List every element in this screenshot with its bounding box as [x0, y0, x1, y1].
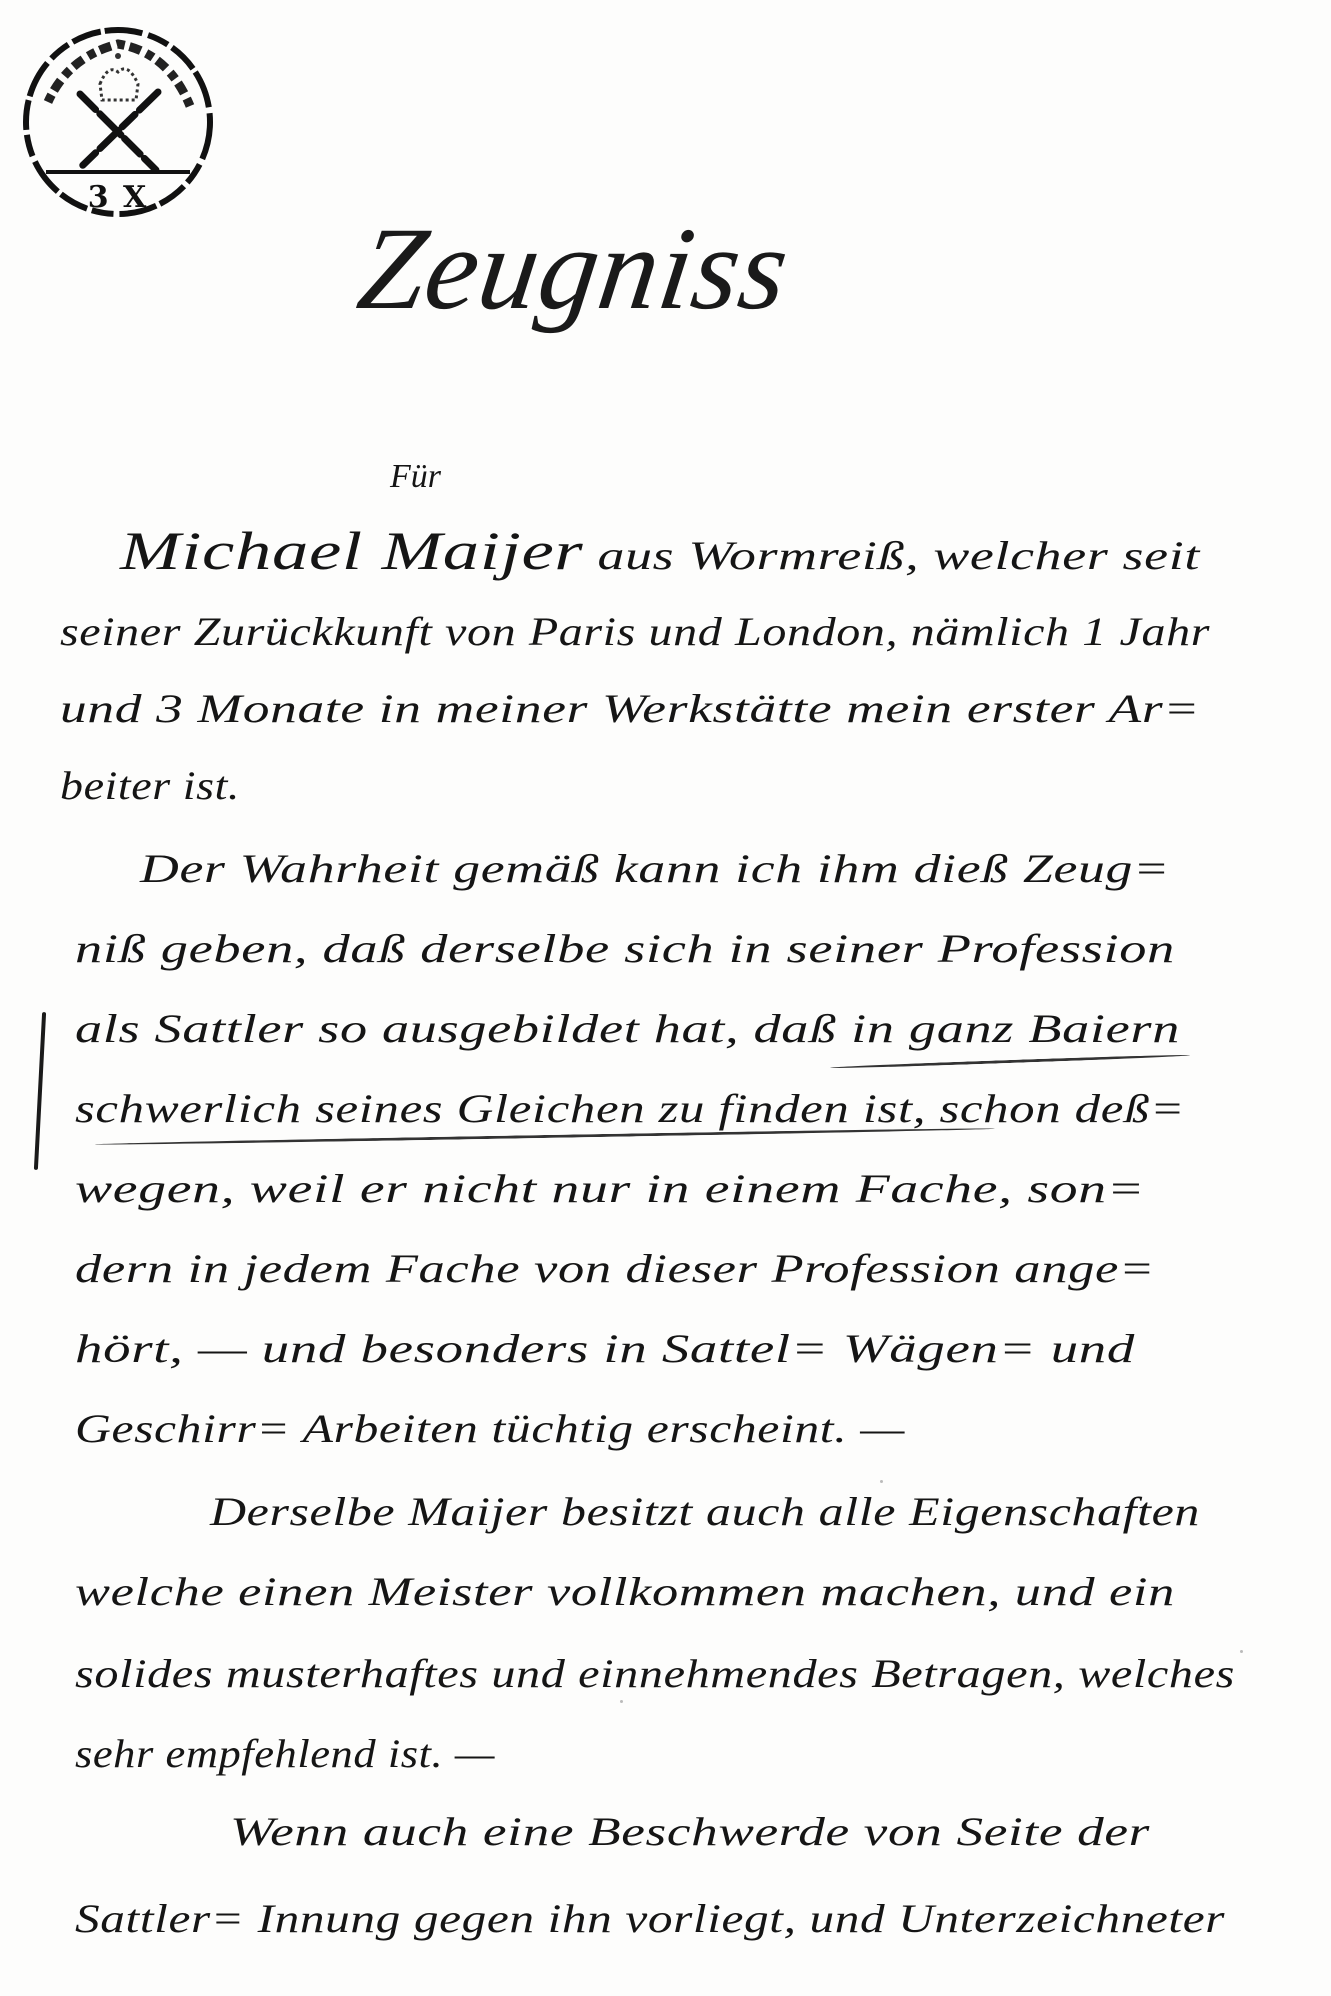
salutation: Für: [390, 458, 441, 496]
handwritten-line: solides musterhaftes und einnehmendes Be…: [75, 1650, 1235, 1697]
handwritten-line: Geschirr= Arbeiten tüchtig erscheint. —: [75, 1405, 905, 1452]
handwritten-line: welche einen Meister vollkommen machen, …: [75, 1568, 1175, 1615]
handwritten-line: seiner Zurückkunft von Paris und London,…: [60, 608, 1210, 655]
handwritten-line: dern in jedem Fache von dieser Professio…: [75, 1245, 1155, 1292]
handwritten-line: Sattler= Innung gegen ihn vorliegt, und …: [75, 1895, 1225, 1942]
handwritten-line: als Sattler so ausgebildet hat, daß in g…: [75, 1005, 1180, 1052]
handwritten-line: schwerlich seines Gleichen zu finden ist…: [75, 1085, 1185, 1132]
handwritten-line: und 3 Monate in meiner Werkstätte mein e…: [60, 685, 1200, 732]
margin-mark: [34, 1012, 46, 1170]
handwritten-line: hört, — und besonders in Sattel= Wägen= …: [75, 1325, 1135, 1372]
recipient-name: Michael Maijer: [120, 521, 583, 581]
handwritten-line: wegen, weil er nicht nur in einem Fache,…: [75, 1165, 1145, 1212]
handwritten-line: sehr empfehlend ist. —: [75, 1730, 495, 1777]
handwritten-line: Michael Maijer aus Wormreiß, welcher sei…: [120, 520, 1200, 582]
stamp-value: 3 X: [18, 180, 218, 215]
handwritten-line: Der Wahrheit gemäß kann ich ihm dieß Zeu…: [140, 845, 1170, 892]
postage-stamp: 3 X: [18, 22, 218, 222]
paper-speck: [1240, 1650, 1243, 1653]
paper-speck: [880, 1480, 883, 1483]
handwritten-line: beiter ist.: [60, 762, 240, 809]
handwritten-line: niß geben, daß derselbe sich in seiner P…: [75, 925, 1175, 972]
paper-speck: [620, 1700, 623, 1703]
handwritten-line: Derselbe Maijer besitzt auch alle Eigens…: [210, 1488, 1200, 1535]
underline-ganz-baiern: [830, 1054, 1190, 1070]
document-title: Zeugniss: [352, 210, 829, 328]
document-page: 3 X Zeugniss Für Michael Maijer aus Worm…: [0, 0, 1331, 1996]
handwritten-line: Wenn auch eine Beschwerde von Seite der: [230, 1808, 1150, 1855]
